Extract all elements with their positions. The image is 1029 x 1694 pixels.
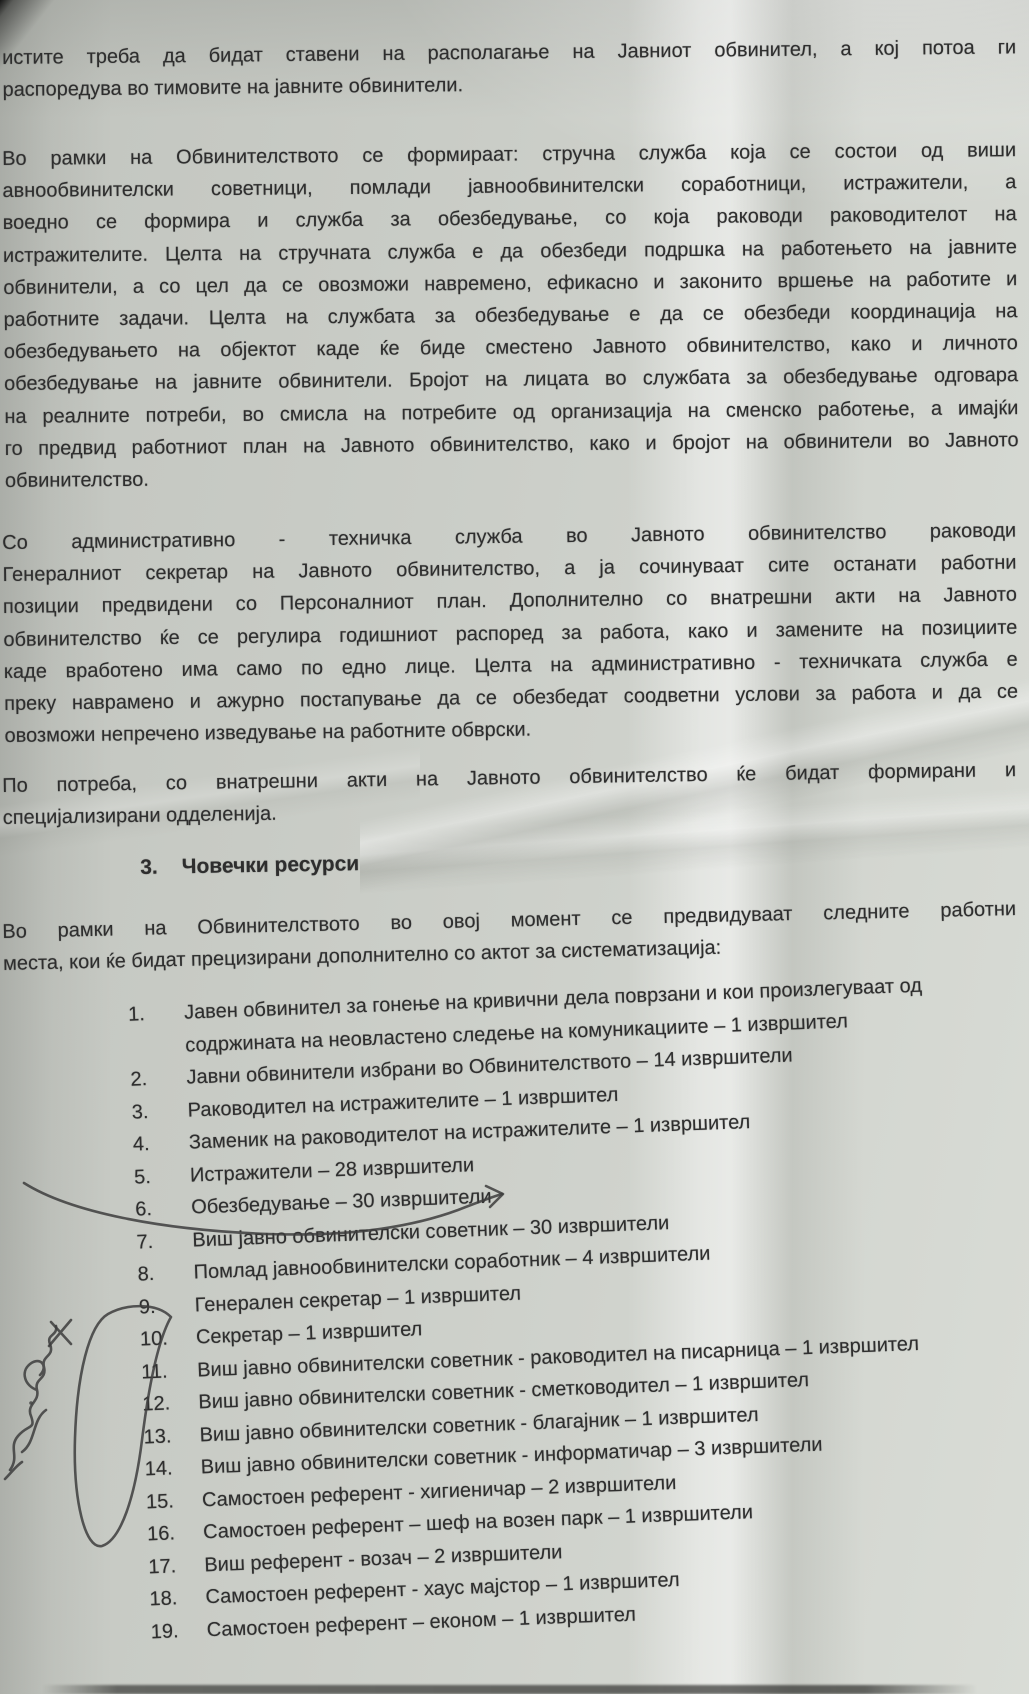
item-number: 11. <box>141 1354 194 1388</box>
item-number: 14. <box>144 1452 197 1486</box>
paragraph-positions-intro: Во рамки на Обвинителството во овој моме… <box>2 893 1017 980</box>
heading-title: Човечки ресурси <box>182 852 360 878</box>
item-number: 4. <box>132 1127 185 1161</box>
item-number: 1. <box>128 997 181 1031</box>
item-number: 8. <box>137 1257 190 1291</box>
item-number: 7. <box>136 1224 189 1258</box>
positions-list: 1.Јавен обвинител за гонење на кривични … <box>0 966 1029 1653</box>
paragraph-admin-technical-service: Со административно - техничка служба во … <box>2 515 1019 753</box>
item-number: 13. <box>143 1419 196 1453</box>
paragraph-specialized-departments: По потреба, со внатрешни акти на Јавното… <box>2 754 1017 834</box>
item-number: 9. <box>138 1289 191 1323</box>
item-number: 12. <box>142 1387 195 1421</box>
item-text: Обезбедување – 30 извршители <box>191 1186 492 1219</box>
paragraph-intro-fragment: истите треба да бидат ставени на распола… <box>2 31 1017 106</box>
photographed-document-page: истите треба да бидат ставени на распола… <box>0 0 1029 1694</box>
item-number: 17. <box>148 1549 201 1583</box>
item-number: 18. <box>149 1581 202 1615</box>
item-number: 19. <box>150 1614 203 1648</box>
item-number: 5. <box>134 1159 187 1193</box>
item-number: 2. <box>130 1062 183 1096</box>
item-number: 15. <box>145 1484 198 1518</box>
item-number: 16. <box>147 1517 200 1551</box>
heading-number: 3. <box>140 856 158 879</box>
item-text: Истражители – 28 извршители <box>190 1154 475 1186</box>
item-text: Секретар – 1 извршител <box>196 1318 423 1348</box>
item-number: 6. <box>135 1192 188 1226</box>
item-number: 10. <box>139 1322 192 1356</box>
section-heading-human-resources: 3.Човечки ресурси <box>140 847 640 880</box>
paper-bottom-edge-shadow <box>42 1685 977 1694</box>
paragraph-professional-service: Во рамки на Обвинителството се формираат… <box>2 134 1019 497</box>
item-number: 3. <box>131 1094 184 1128</box>
